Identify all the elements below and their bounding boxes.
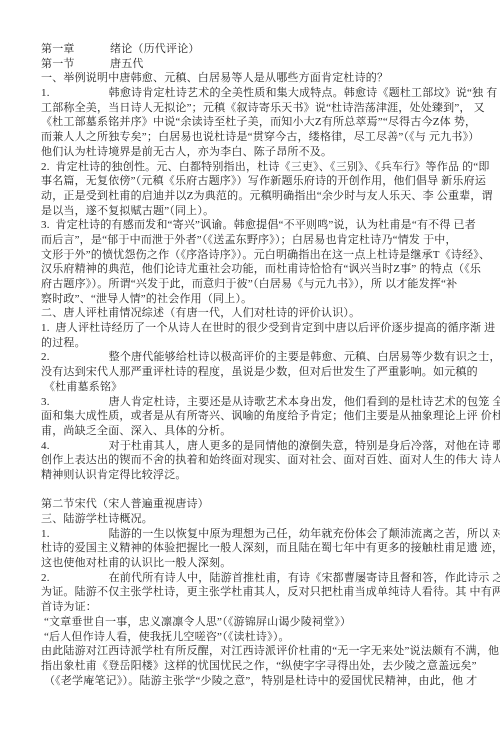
text-line: “文章垂世自一事，忠义凛凛令人思”（《游锦屏山谒少陵祠堂》） (41, 615, 470, 630)
text-line: 事名篇，无复依傍”（元稹《乐府古题序》）写作新题乐府诗的开创作用，他们倡导 新乐… (41, 174, 470, 189)
text-line: 是以当，遂不复拟赋古题”（同上）。 (41, 204, 470, 219)
text-line: 的过程。 (41, 336, 470, 351)
text-line: 4. 对于杜甫其人，唐人更多的是同情他的潦倒失意，特别是身后冷落，对他在诗 歌 (41, 439, 470, 454)
text-line: 甫，尚缺乏全面、深入、具体的分析。 (41, 424, 470, 439)
text-line: 首诗为证： (41, 600, 470, 615)
text-line: 2. 在前代所有诗人中，陆游首推杜甫，有诗《宋都曹屡寄诗且督和答，作此诗示 之》 (41, 571, 470, 586)
text-line: 3. 唐人肯定杜诗，主要还是从诗歌艺术本身出发，他们看到的是杜诗艺术的包笼 全 (41, 395, 470, 410)
text-line: 三、陆游学杜诗概况。 (41, 512, 470, 527)
text-line: 工部称全美，当日诗人无拟论”；元稹《叙诗寄乐天书》说“杜诗浩荡津涯，处处臻到”，… (41, 101, 470, 116)
blank-line (41, 483, 470, 498)
text-line: （《老学庵笔记》）。陆游主张学“少陵之意”，特别是杜诗中的爱国忧民精神，由此，他… (41, 674, 470, 689)
text-line: 1. 唐人评杜诗经历了一个从诗人在世时的很少受到肯定到中唐以后评价逐步提高的循序… (41, 321, 470, 336)
text-line: 第二节宋代（宋人普遍重视唐诗） (41, 497, 470, 512)
text-line: “后人但作诗人看，使我抚儿空嗟咨”（《读杜诗》）。 (41, 630, 470, 645)
text-line: 2. 肯定杜诗的独创性。元、白都特别指出，杜诗《三吏》、《三别》、《兵车行》等作… (41, 160, 470, 175)
text-line: 《杜甫墓系铭》 (41, 380, 470, 395)
text-line: 3. 肯定杜诗的有感而发和“寄兴”讽谕。韩愈提倡“不平则鸣”说，认为杜甫是“有不… (41, 218, 470, 233)
text-line: 1. 韩愈诗肯定杜诗艺术的全美性质和集大成特点。韩愈诗《题杜工部坟》说“独 有 (41, 86, 470, 101)
text-line: 这也使他对杜甫的认识比一般人深刻。 (41, 556, 470, 571)
text-line: 指出象杜甫《登岳阳楼》这样的忧国忧民之作，“纵使字字寻得出处，去少陵之意盖远矣” (41, 659, 470, 674)
text-line: 创作上表达出的锲而不舍的执着和始终面对现实、面对社会、面对百姓、面对人生的伟大 … (41, 453, 470, 468)
text-line: 他们认为杜诗境界是前无古人，亦为李白、陈子昂所不及。 (41, 145, 470, 160)
document-text-block: 第一章 绪论（历代评论）第一节 唐五代一、举例说明中唐韩愈、元稹、白居易等人是从… (41, 42, 470, 688)
text-line: 面和集大成性质，或者是从有所寄兴、讽喻的角度给予肯定；他们主要是从抽象理论上评 … (41, 409, 470, 424)
text-line: 第一节 唐五代 (41, 57, 470, 72)
text-line: 而后言”，是“郁于中而泄于外者”（《送孟东野序》）；白居易也肯定杜诗乃“情发 于… (41, 233, 470, 248)
text-line: 2. 整个唐代能够给杜诗以极高评价的主要是韩愈、元稹、白居易等少数有识之士，远 (41, 350, 470, 365)
text-line: 府古题序》）。所谓“兴发于此，而意归于彼”（白居易《与元九书》），所 以才能发挥… (41, 277, 470, 292)
text-line: 而兼人人之所独专矣”；白居易也说杜诗是“贯穿今古，缕格律，尽工尽善”（《与 元九… (41, 130, 470, 145)
text-line: 杜诗的爱国主义精神的体验把握比一般人深刻，而且陆在蜀七年中有更多的接触杜甫足遗 … (41, 541, 470, 556)
document-page: 第一章 绪论（历代评论）第一节 唐五代一、举例说明中唐韩愈、元稹、白居易等人是从… (0, 0, 500, 739)
text-line: 一、举例说明中唐韩愈、元稹、白居易等人是从哪些方面肯定杜诗的？ (41, 71, 470, 86)
text-line: 汉乐府精神的典范，他们论诗尤重社会功能，而杜甫诗恰恰有“讽兴当时Z事” 的特点（… (41, 262, 470, 277)
text-line: 1. 陆游的一生以恢复中原为理想为己任，幼年就充份体会了颠沛流离之苦，所以 对 (41, 527, 470, 542)
text-line: 为证。陆游不仅主张学杜诗，更主张学杜甫其人，反对只把杜甫当成单纯诗人看待。其 中… (41, 585, 470, 600)
text-line: 动，正是受到杜甫的启迪并以Z为典范的。元稹明确指出“余少时与友人乐天、李 公重辈… (41, 189, 470, 204)
text-line: 察时政”、“泄导人情”的社会作用（同上）。 (41, 292, 470, 307)
text-line: 文形于外”的愤忧怨伤之作（《序洛诗序》）。元白明确指出在这一点上杜诗是继承T《诗… (41, 248, 470, 263)
text-line: 没有达到宋代人那严重评杜诗的程度，虽说是少数，但对后世发生了严重影响。如元稹的 (41, 365, 470, 380)
text-line: 精神则认识肯定得比较浮泛。 (41, 468, 470, 483)
text-line: 第一章 绪论（历代评论） (41, 42, 470, 57)
text-line: 二、唐人评杜甫情况综述（有唐一代，人们对杜诗的评价认识）。 (41, 306, 470, 321)
text-line: 《杜工部墓系铭并序》中说“余读诗至杜子美，而知小大Z有所总萃焉”“尽得古今Z体 … (41, 115, 470, 130)
text-line: 由此陆游对江西诗派学杜有所反醒，对江西诗派评价杜甫的“无一字无来处”说法颇有不满… (41, 644, 470, 659)
